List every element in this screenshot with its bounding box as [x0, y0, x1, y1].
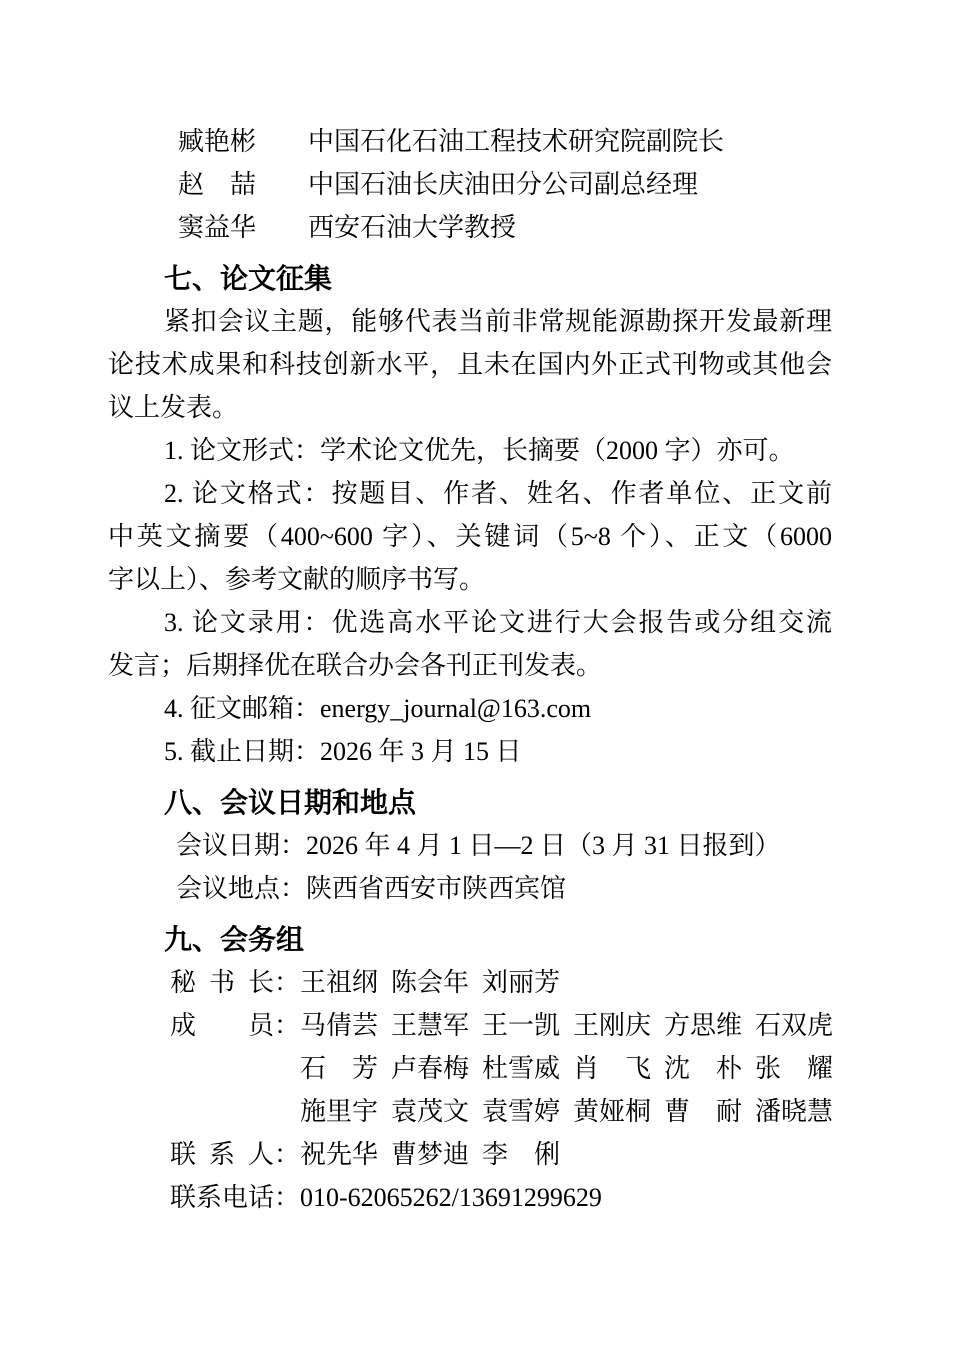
leader-title: 中国石油长庆油田分公司副总经理 — [308, 163, 698, 206]
phone-row: 联系电话： 010-62065262/13691299629 — [108, 1176, 832, 1219]
members-names-line: 石 芳 卢春梅 杜雪威 肖 飞 沈 朴 张 耀 — [108, 1047, 832, 1090]
list-item-line: 3. 论文录用：优选高水平论文进行大会报告或分组交流 — [108, 601, 832, 644]
leader-row: 窦益华 西安石油大学教授 — [108, 206, 832, 249]
secretary-label: 秘 书 长： — [170, 961, 300, 1004]
list-item-line: 发言；后期择优在联合办会各刊正刊发表。 — [108, 644, 832, 687]
list-item-line: 2. 论文格式：按题目、作者、姓名、作者单位、正文前 — [108, 472, 832, 515]
list-item-line: 字以上）、参考文献的顺序书写。 — [108, 558, 832, 601]
secretary-names: 王祖纲 陈会年 刘丽芳 — [300, 961, 560, 1004]
contact-names: 祝先华 曹梦迪 李 俐 — [300, 1133, 560, 1176]
leader-title: 中国石化石油工程技术研究院副院长 — [308, 120, 724, 163]
paragraph-line: 论技术成果和科技创新水平，且未在国内外正式刊物或其他会 — [108, 343, 832, 386]
meeting-venue-line: 会议地点：陕西省西安市陕西宾馆 — [108, 867, 832, 910]
contact-row: 联 系 人： 祝先华 曹梦迪 李 俐 — [108, 1133, 832, 1176]
list-item-line: 中英文摘要（400~600 字）、关键词（5~8 个）、正文（6000 — [108, 515, 832, 558]
leadership-list: 臧艳彬 中国石化石油工程技术研究院副院长 赵 喆 中国石油长庆油田分公司副总经理… — [108, 120, 832, 249]
leader-row: 臧艳彬 中国石化石油工程技术研究院副院长 — [108, 120, 832, 163]
members-row: 成 员： 马倩芸 王慧军 王一凯 王刚庆 方思维 石双虎 — [108, 1004, 832, 1047]
section8-heading: 八、会议日期和地点 — [164, 781, 832, 824]
leader-name: 臧艳彬 — [178, 120, 308, 163]
members-names-line: 马倩芸 王慧军 王一凯 王刚庆 方思维 石双虎 — [300, 1004, 833, 1047]
members-names-line: 施里宇 袁茂文 袁雪婷 黄娅桐 曹 耐 潘晓慧 — [108, 1090, 832, 1133]
document-page: 臧艳彬 中国石化石油工程技术研究院副院长 赵 喆 中国石油长庆油田分公司副总经理… — [0, 0, 960, 1358]
members-label: 成 员： — [170, 1004, 300, 1047]
paragraph-line: 紧扣会议主题，能够代表当前非常规能源勘探开发最新理 — [108, 300, 832, 343]
phone-number: 010-62065262/13691299629 — [300, 1176, 602, 1219]
contact-label: 联 系 人： — [170, 1133, 300, 1176]
section7-heading: 七、论文征集 — [164, 257, 832, 300]
leader-title: 西安石油大学教授 — [308, 206, 516, 249]
leader-row: 赵 喆 中国石油长庆油田分公司副总经理 — [108, 163, 832, 206]
phone-label: 联系电话： — [170, 1176, 300, 1219]
leader-name: 赵 喆 — [178, 163, 308, 206]
list-item-line: 4. 征文邮箱：energy_journal@163.com — [108, 687, 832, 730]
section9-heading: 九、会务组 — [164, 918, 832, 961]
list-item-line: 1. 论文形式：学术论文优先，长摘要（2000 字）亦可。 — [108, 429, 832, 472]
list-item-line: 5. 截止日期：2026 年 3 月 15 日 — [108, 730, 832, 773]
paragraph-line: 议上发表。 — [108, 386, 832, 429]
leader-name: 窦益华 — [178, 206, 308, 249]
secretary-row: 秘 书 长： 王祖纲 陈会年 刘丽芳 — [108, 961, 832, 1004]
meeting-date-line: 会议日期：2026 年 4 月 1 日—2 日（3 月 31 日报到） — [108, 824, 832, 867]
